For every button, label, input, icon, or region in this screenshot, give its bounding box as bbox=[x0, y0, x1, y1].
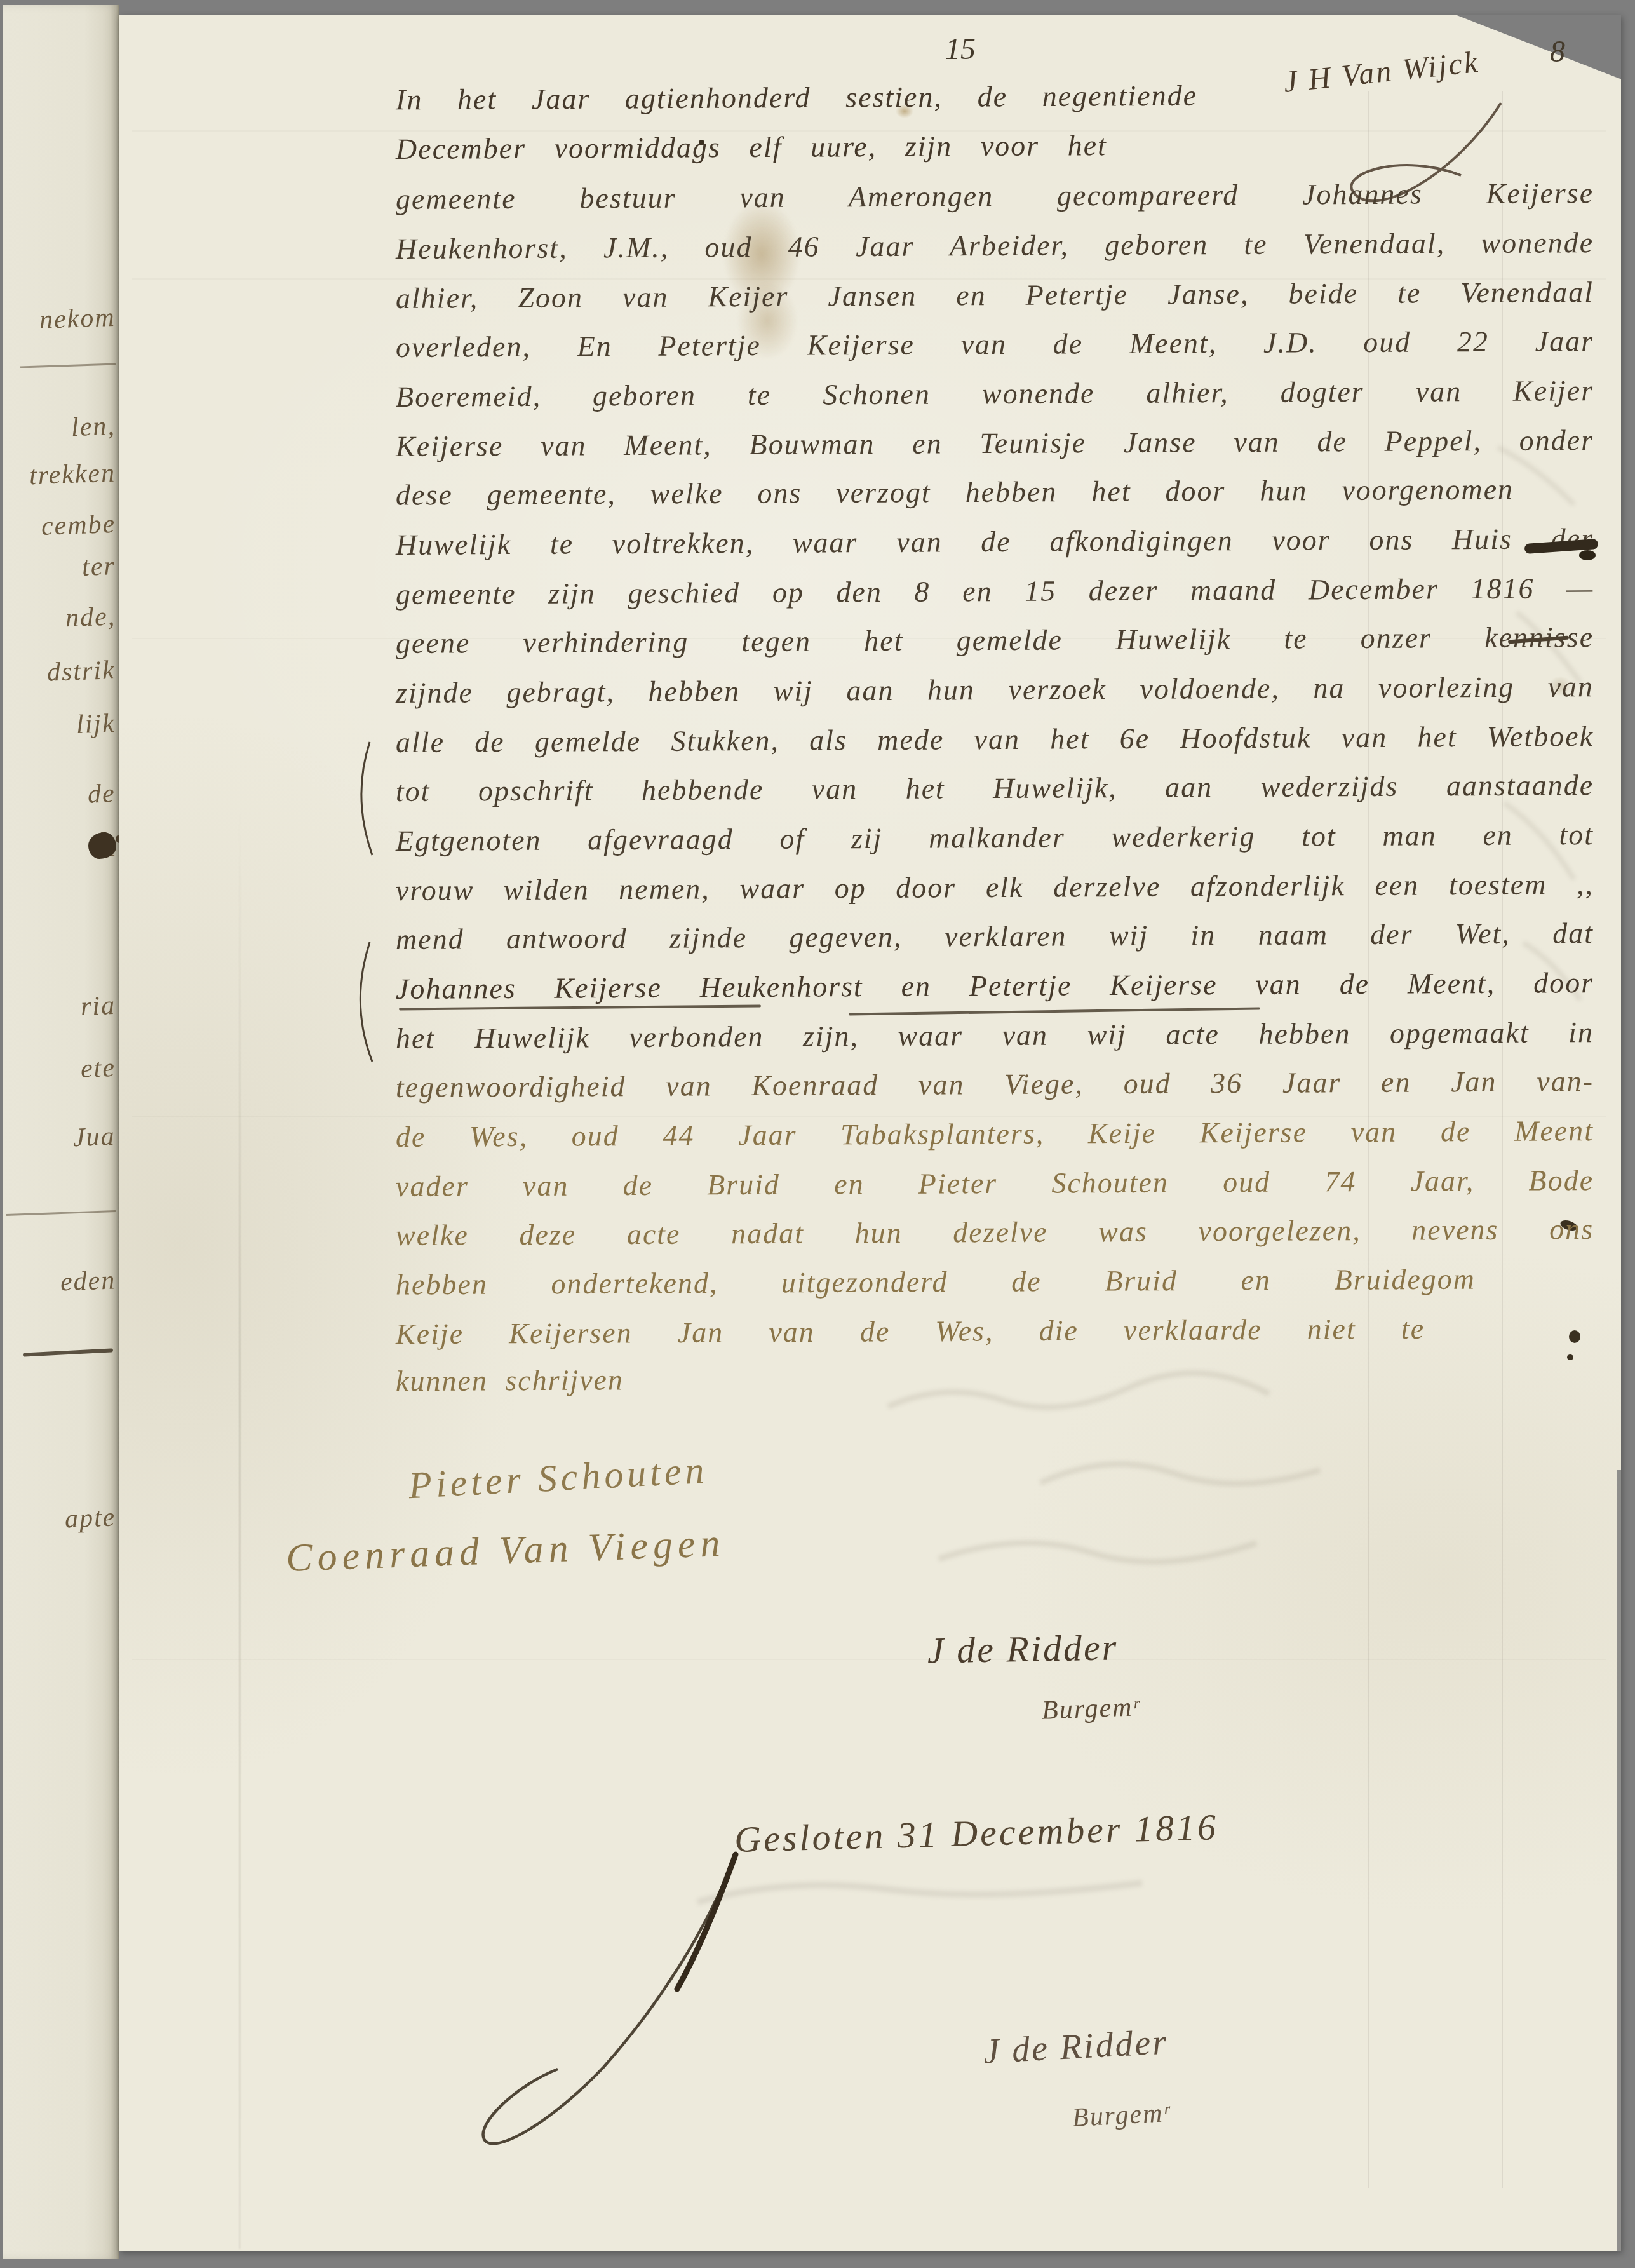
manuscript-line: December voormiddags elf uure, zijn voor… bbox=[396, 129, 1107, 166]
prev-page-text-fragment: eden bbox=[60, 1265, 116, 1297]
manuscript-line: Heukenhorst, J.M., oud 46 Jaar Arbeider,… bbox=[396, 226, 1594, 266]
manuscript-line: tot opschrift hebbende van het Huwelijk,… bbox=[396, 769, 1594, 809]
prev-page-underline-fragment bbox=[23, 1348, 113, 1356]
manuscript-line: In het Jaar agtienhonderd sestien, de ne… bbox=[396, 79, 1197, 117]
ink-dash bbox=[1579, 550, 1596, 560]
manuscript-line: welke deze acte nadat hun dezelve was vo… bbox=[396, 1213, 1594, 1253]
fold-crease bbox=[239, 809, 241, 2249]
closing-statement: Gesloten 31 December 1816 bbox=[734, 1806, 1218, 1861]
manuscript-line: alhier, Zoon van Keijer Jansen en Petert… bbox=[396, 276, 1594, 316]
prev-page-text-fragment: lijk bbox=[76, 708, 116, 740]
signature-witness-schouten: Pieter Schouten bbox=[408, 1448, 710, 1508]
manuscript-line: Egtgenoten afgevraagd of zij malkander w… bbox=[396, 818, 1594, 858]
prev-page-text-fragment: dstrik bbox=[47, 655, 116, 688]
manuscript-line: hebben ondertekend, uitgezonderd de Brui… bbox=[396, 1263, 1476, 1302]
margin-paraph-flourish bbox=[1314, 91, 1517, 244]
manuscript-line: tegenwoordigheid van Koenraad van Viege,… bbox=[396, 1065, 1594, 1105]
previous-page-edge: nekom len, trekken cembe ter nde, dstrik… bbox=[3, 5, 119, 2259]
manuscript-line: Keijerse van Meent, Bouwman en Teunisje … bbox=[396, 424, 1594, 464]
manuscript-line: alle de gemelde Stukken, als mede van he… bbox=[396, 720, 1594, 760]
manuscript-line: overleden, En Petertje Keijerse van de M… bbox=[396, 325, 1594, 365]
manuscript-line: zijnde gebragt, hebben wij aan hun verzo… bbox=[396, 670, 1594, 710]
manuscript-line: gemeente zijn geschied op den 8 en 15 de… bbox=[396, 572, 1594, 612]
manuscript-line-names: Johannes Keijerse Heukenhorst en Petertj… bbox=[396, 966, 1594, 1006]
manuscript-line: kunnen schrijven bbox=[396, 1363, 688, 1398]
manuscript-line: Keije Keijersen Jan van de Wes, die verk… bbox=[396, 1313, 1425, 1351]
manuscript-line: vader van de Bruid en Pieter Schouten ou… bbox=[396, 1164, 1594, 1204]
signature-burgemeester-2: J de Ridder bbox=[983, 2022, 1169, 2072]
manuscript-line: mend antwoord zijnde gegeven, verklaren … bbox=[396, 917, 1594, 957]
page-number-right: 8 bbox=[1550, 34, 1565, 69]
prev-page-text-fragment: cembe bbox=[41, 509, 116, 542]
manuscript-line: de Wes, oud 44 Jaar Tabaksplanters, Keij… bbox=[396, 1114, 1594, 1154]
scanned-register-page: nekom len, trekken cembe ter nde, dstrik… bbox=[0, 0, 1635, 2268]
prev-page-text-fragment: apte bbox=[64, 1502, 116, 1535]
prev-page-text-fragment: ria bbox=[80, 990, 116, 1022]
manuscript-line: gemeente bestuur van Amerongen gecompare… bbox=[396, 177, 1594, 217]
prev-page-text-fragment: len, bbox=[71, 411, 116, 443]
prev-page-text-fragment: Jua bbox=[73, 1121, 116, 1153]
page-number-center: 15 bbox=[945, 32, 976, 67]
prev-page-text-fragment: nde, bbox=[65, 602, 116, 634]
prev-page-text-fragment: ete bbox=[80, 1053, 116, 1084]
prev-page-text-fragment: ter bbox=[82, 551, 116, 583]
manuscript-line: Huwelijk te voltrekken, waar van de afko… bbox=[396, 522, 1594, 562]
pen-flourish bbox=[329, 1823, 774, 2178]
manuscript-line: dese gemeente, welke ons verzogt hebben … bbox=[396, 473, 1514, 512]
signature-title-2: Burgemʳ bbox=[1072, 2098, 1171, 2133]
page-edge-step bbox=[1617, 1470, 1621, 2251]
prev-page-rule-fragment bbox=[6, 1210, 116, 1216]
signature-title: Burgemʳ bbox=[1041, 1692, 1140, 1725]
manuscript-line: Boeremeid, geboren te Schonen wonende al… bbox=[396, 374, 1594, 414]
ink-speck bbox=[1569, 1330, 1580, 1343]
margin-stroke bbox=[352, 940, 390, 1067]
pencil-rule bbox=[132, 1659, 1606, 1660]
margin-stroke bbox=[353, 739, 391, 860]
bleed-through-ghost bbox=[850, 1349, 1612, 1616]
prev-page-text-fragment: nekom bbox=[39, 302, 116, 335]
prev-page-text-fragment: trekken bbox=[29, 458, 116, 492]
document-page: 15 8 J H Van Wijck In het Jaar agtienhon… bbox=[119, 15, 1621, 2251]
manuscript-line: geene verhindering tegen het gemelde Huw… bbox=[396, 621, 1594, 661]
name-underline-bride bbox=[849, 1007, 1260, 1015]
manuscript-line: vrouw wilden nemen, waar op door elk der… bbox=[396, 868, 1594, 908]
signature-witness-coenraad: Coenraad Van Viegen bbox=[285, 1521, 726, 1581]
signature-burgemeester: J de Ridder bbox=[927, 1626, 1118, 1671]
prev-page-text-fragment: de bbox=[88, 778, 116, 809]
prev-page-rule-fragment bbox=[20, 363, 116, 368]
manuscript-line: het Huwelijk verbonden zijn, waar van wi… bbox=[396, 1016, 1594, 1056]
